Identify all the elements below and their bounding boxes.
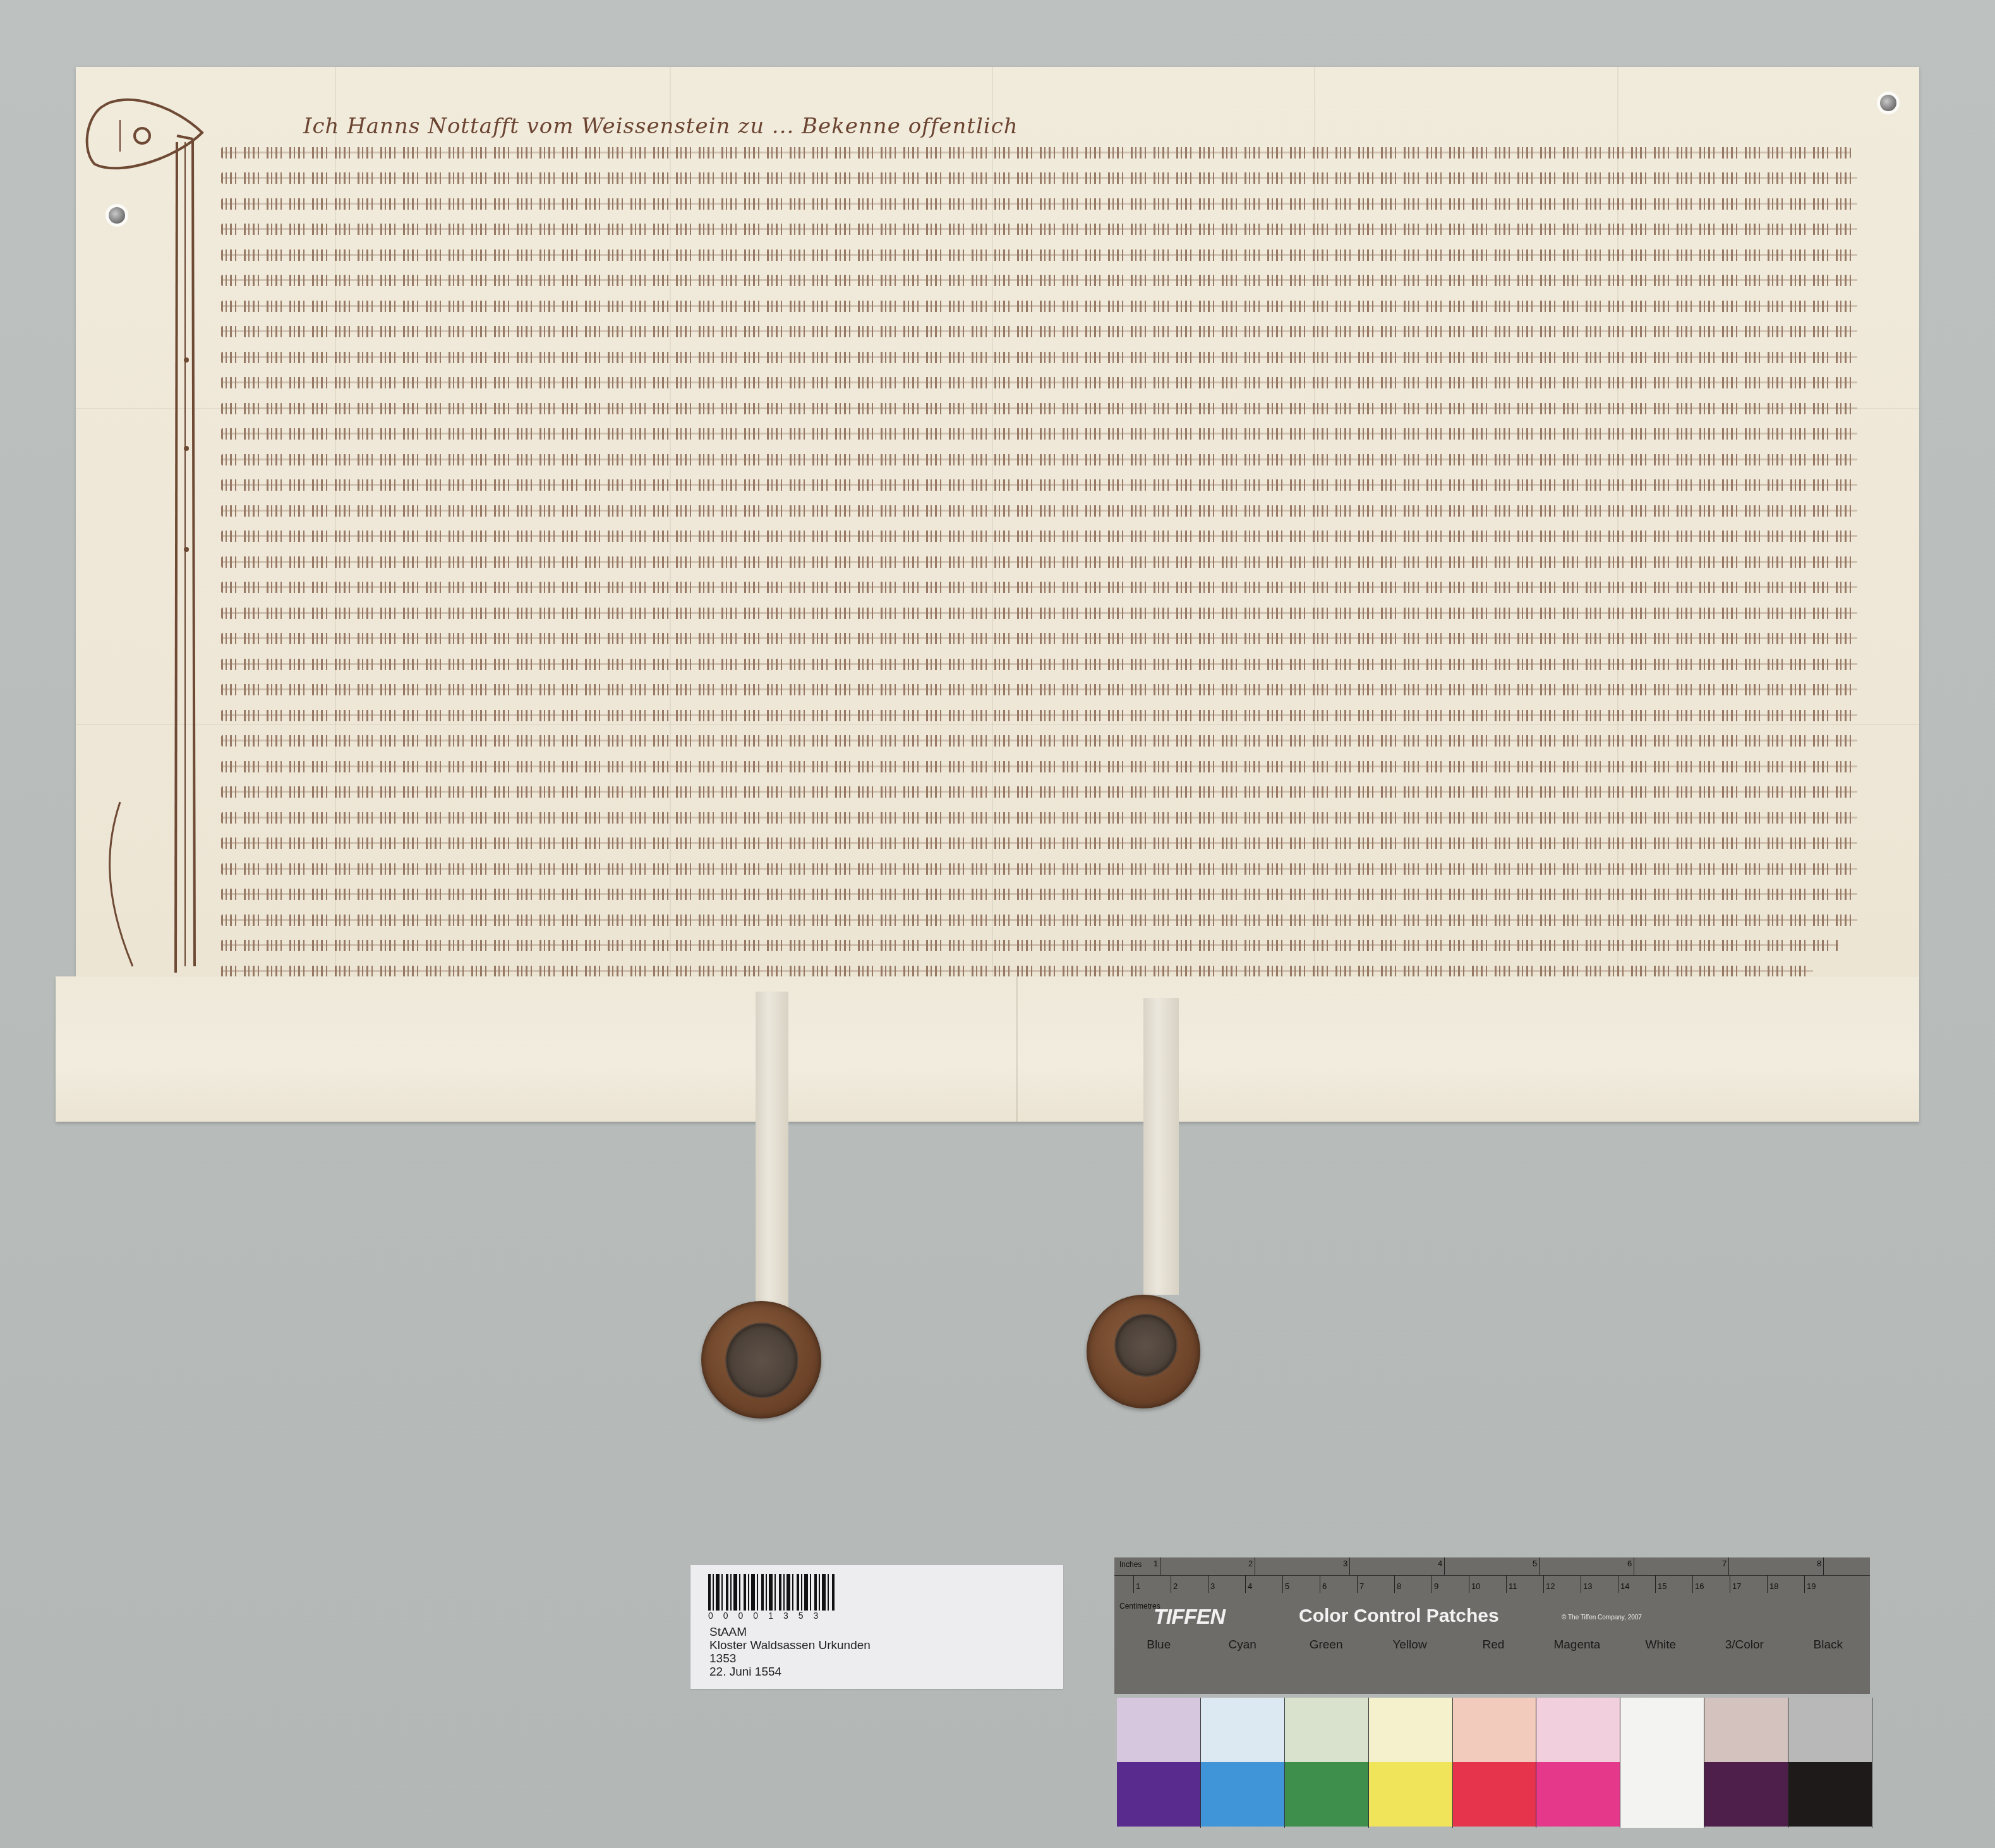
ruler-number: 1	[1154, 1559, 1158, 1568]
color-patch	[1620, 1698, 1704, 1828]
ruler-number: 7	[1722, 1559, 1727, 1568]
patch-label: Black	[1787, 1638, 1870, 1652]
patch-label: Yellow	[1368, 1638, 1451, 1652]
ruler-number: 11	[1509, 1581, 1517, 1591]
handwriting	[221, 633, 1857, 644]
label-number: 1353	[709, 1652, 871, 1665]
ruler-number: 12	[1546, 1581, 1555, 1591]
ruler-tick	[1282, 1575, 1283, 1593]
patch-column-3-color	[1704, 1698, 1788, 1828]
patch-label: Red	[1452, 1638, 1535, 1652]
ruler-number: 4	[1438, 1559, 1442, 1568]
cm-ruler: 12345678910111213141516171819	[1114, 1575, 1870, 1594]
text-line	[221, 728, 1870, 753]
handwriting	[221, 403, 1857, 414]
text-line: Ich Hanns Nottafft vom Weissenstein zu .…	[221, 114, 1870, 140]
label-archive: StAAM	[709, 1626, 871, 1639]
ruler-tick	[1469, 1575, 1469, 1593]
text-line	[221, 753, 1870, 779]
patch-labels: BlueCyanGreenYellowRedMagentaWhite3/Colo…	[1117, 1638, 1870, 1652]
handwriting	[221, 454, 1857, 465]
ruler-tick	[1692, 1575, 1693, 1593]
handwriting	[221, 761, 1857, 772]
seal-impression	[1114, 1314, 1178, 1377]
text-line	[221, 651, 1870, 677]
patch-label: Cyan	[1200, 1638, 1284, 1652]
color-patch	[1536, 1762, 1620, 1827]
color-patch	[1788, 1762, 1872, 1827]
text-line	[221, 140, 1870, 165]
handwriting	[221, 837, 1857, 849]
text-line	[221, 267, 1870, 293]
text-line	[221, 369, 1870, 395]
opening-line: Ich Hanns Nottafft vom Weissenstein zu .…	[303, 114, 1018, 139]
patch-label: Green	[1284, 1638, 1368, 1652]
text-line	[221, 395, 1870, 421]
ruler-tick	[1823, 1557, 1824, 1575]
handwriting	[221, 301, 1857, 312]
color-patch	[1117, 1698, 1200, 1762]
ruler-number: 13	[1583, 1581, 1592, 1591]
seal-strap	[1143, 998, 1179, 1295]
text-line	[221, 830, 1870, 856]
ruler-tick	[1160, 1557, 1160, 1575]
ruler-number: 1	[1136, 1581, 1140, 1591]
color-patches	[1117, 1698, 1872, 1828]
patch-column-yellow	[1369, 1698, 1453, 1828]
text-line	[221, 421, 1870, 447]
ruler-tick	[1320, 1575, 1320, 1593]
patch-label: Blue	[1117, 1638, 1200, 1652]
text-line	[221, 779, 1870, 805]
ruler-tick	[1618, 1575, 1618, 1593]
ruler-tick	[1728, 1557, 1729, 1575]
barcode-icon	[708, 1574, 835, 1611]
handwriting	[221, 147, 1851, 159]
handwriting	[221, 710, 1857, 721]
handwriting	[221, 352, 1857, 363]
text-line	[221, 318, 1870, 344]
patch-column-green	[1285, 1698, 1369, 1828]
archive-label: 00001353 StAAM Kloster Waldsassen Urkund…	[690, 1565, 1063, 1689]
text-line	[221, 523, 1870, 549]
handwriting	[221, 198, 1857, 210]
text-line	[221, 447, 1870, 472]
chart-copyright: © The Tiffen Company, 2007	[1562, 1614, 1642, 1621]
color-patch	[1285, 1762, 1368, 1827]
text-line	[221, 344, 1870, 370]
text-line	[221, 191, 1870, 217]
text-line	[221, 165, 1870, 191]
ruler-number: 14	[1620, 1581, 1629, 1591]
label-date: 22. Juni 1554	[709, 1665, 871, 1679]
color-patch	[1704, 1762, 1788, 1827]
ruler-tick	[1804, 1575, 1805, 1593]
ruler-tick	[1208, 1575, 1208, 1593]
text-line	[221, 293, 1870, 319]
color-control-chart: Inches 12345678 123456789101112131415161…	[1114, 1557, 1870, 1694]
decorated-initial-icon	[82, 95, 234, 979]
handwriting	[221, 249, 1857, 261]
charter-text: Ich Hanns Nottafft vom Weissenstein zu .…	[221, 114, 1870, 1009]
ruler-tick	[1767, 1575, 1768, 1593]
text-line	[221, 702, 1870, 728]
handwriting	[221, 889, 1857, 900]
ruler-number: 15	[1658, 1581, 1667, 1591]
ruler-number: 5	[1533, 1559, 1537, 1568]
handwriting	[221, 531, 1857, 542]
patch-label: Magenta	[1535, 1638, 1618, 1652]
ruler-tick	[1431, 1575, 1432, 1593]
seal-strap	[756, 992, 788, 1333]
handwriting	[221, 735, 1857, 747]
handwriting	[221, 940, 1838, 951]
ruler-tick	[1171, 1575, 1171, 1593]
text-line	[221, 574, 1870, 600]
ruler-number: 8	[1397, 1581, 1401, 1591]
patch-column-red	[1453, 1698, 1537, 1828]
text-line	[221, 676, 1870, 702]
mounting-pin-icon	[1880, 95, 1896, 111]
label-collection: Kloster Waldsassen Urkunden	[709, 1639, 871, 1652]
patch-column-black	[1788, 1698, 1872, 1828]
handwriting	[221, 479, 1857, 491]
patch-label: 3/Color	[1703, 1638, 1786, 1652]
handwriting	[221, 915, 1857, 926]
color-patch	[1201, 1762, 1284, 1827]
ruler-number: 7	[1359, 1581, 1364, 1591]
text-line	[221, 472, 1870, 498]
text-line	[221, 625, 1870, 651]
ruler-tick	[1133, 1575, 1134, 1593]
ruler-tick	[1394, 1575, 1395, 1593]
text-line	[221, 600, 1870, 626]
ruler-number: 10	[1471, 1581, 1480, 1591]
ruler-number: 5	[1285, 1581, 1289, 1591]
patch-column-blue	[1117, 1698, 1201, 1828]
tiffen-logo: TIFFEN	[1154, 1605, 1225, 1629]
text-line	[221, 242, 1870, 268]
ruler-tick	[1539, 1557, 1540, 1575]
ruler-tick	[1543, 1575, 1544, 1593]
ruler-tick	[1444, 1557, 1445, 1575]
text-line	[221, 549, 1870, 575]
wax-seal-right	[1087, 1295, 1200, 1408]
ruler-number: 8	[1817, 1559, 1821, 1568]
color-patch	[1369, 1698, 1452, 1762]
color-patch	[1453, 1762, 1536, 1827]
color-patch	[1285, 1698, 1368, 1762]
ruler-tick	[1730, 1575, 1730, 1593]
handwriting	[221, 172, 1857, 184]
plica-fold	[56, 976, 1919, 1122]
color-patch	[1704, 1698, 1788, 1762]
ruler-number: 3	[1210, 1581, 1215, 1591]
ruler-number: 3	[1343, 1559, 1347, 1568]
ruler-tick	[1581, 1575, 1581, 1593]
handwriting	[221, 428, 1857, 440]
ruler-tick	[1349, 1557, 1350, 1575]
handwriting	[221, 582, 1857, 593]
ruler-tick	[1634, 1557, 1634, 1575]
ruler-number: 2	[1248, 1559, 1253, 1568]
ruler-number: 17	[1732, 1581, 1741, 1591]
fold-line	[1016, 976, 1018, 1122]
text-line	[221, 216, 1870, 242]
ruler-number: 19	[1807, 1581, 1816, 1591]
handwriting	[221, 224, 1857, 235]
patch-column-cyan	[1201, 1698, 1285, 1828]
barcode-number: 00001353	[708, 1611, 828, 1621]
ruler-number: 6	[1627, 1559, 1632, 1568]
patch-column-white	[1620, 1698, 1704, 1828]
chart-title: Color Control Patches	[1299, 1605, 1499, 1627]
color-patch	[1201, 1698, 1284, 1762]
color-patch	[1788, 1698, 1872, 1762]
ruler-number: 2	[1173, 1581, 1178, 1591]
handwriting	[221, 326, 1857, 337]
handwriting	[221, 812, 1857, 824]
text-line	[221, 805, 1870, 831]
seal-impression	[725, 1323, 799, 1398]
color-patch	[1117, 1762, 1200, 1827]
text-line	[221, 932, 1870, 958]
handwriting	[221, 684, 1857, 695]
ruler-number: 16	[1695, 1581, 1704, 1591]
ruler-tick	[1255, 1557, 1255, 1575]
handwriting	[221, 966, 1813, 977]
color-patch	[1536, 1698, 1620, 1762]
patch-column-magenta	[1536, 1698, 1620, 1828]
handwriting	[221, 275, 1857, 286]
color-patch	[1453, 1698, 1536, 1762]
inches-label: Inches	[1119, 1560, 1142, 1569]
color-patch	[1369, 1762, 1452, 1827]
handwriting	[221, 556, 1857, 568]
handwriting	[221, 863, 1857, 875]
ruler-tick	[1245, 1575, 1246, 1593]
text-line	[221, 498, 1870, 524]
patch-label: White	[1619, 1638, 1703, 1652]
handwriting	[221, 505, 1857, 517]
ruler-tick	[1357, 1575, 1358, 1593]
ruler-number: 18	[1769, 1581, 1778, 1591]
handwriting	[221, 608, 1857, 619]
text-line	[221, 856, 1870, 882]
ruler-number: 4	[1248, 1581, 1252, 1591]
inch-ruler: Inches 12345678	[1114, 1557, 1870, 1576]
handwriting	[221, 659, 1857, 670]
ruler-tick	[1506, 1575, 1507, 1593]
handwriting	[221, 786, 1857, 798]
wax-seal-left	[701, 1301, 821, 1419]
text-line	[221, 881, 1870, 907]
ruler-tick	[1655, 1575, 1656, 1593]
ruler-number: 6	[1322, 1581, 1327, 1591]
handwriting	[221, 377, 1857, 388]
ruler-number: 9	[1434, 1581, 1438, 1591]
text-line	[221, 907, 1870, 933]
